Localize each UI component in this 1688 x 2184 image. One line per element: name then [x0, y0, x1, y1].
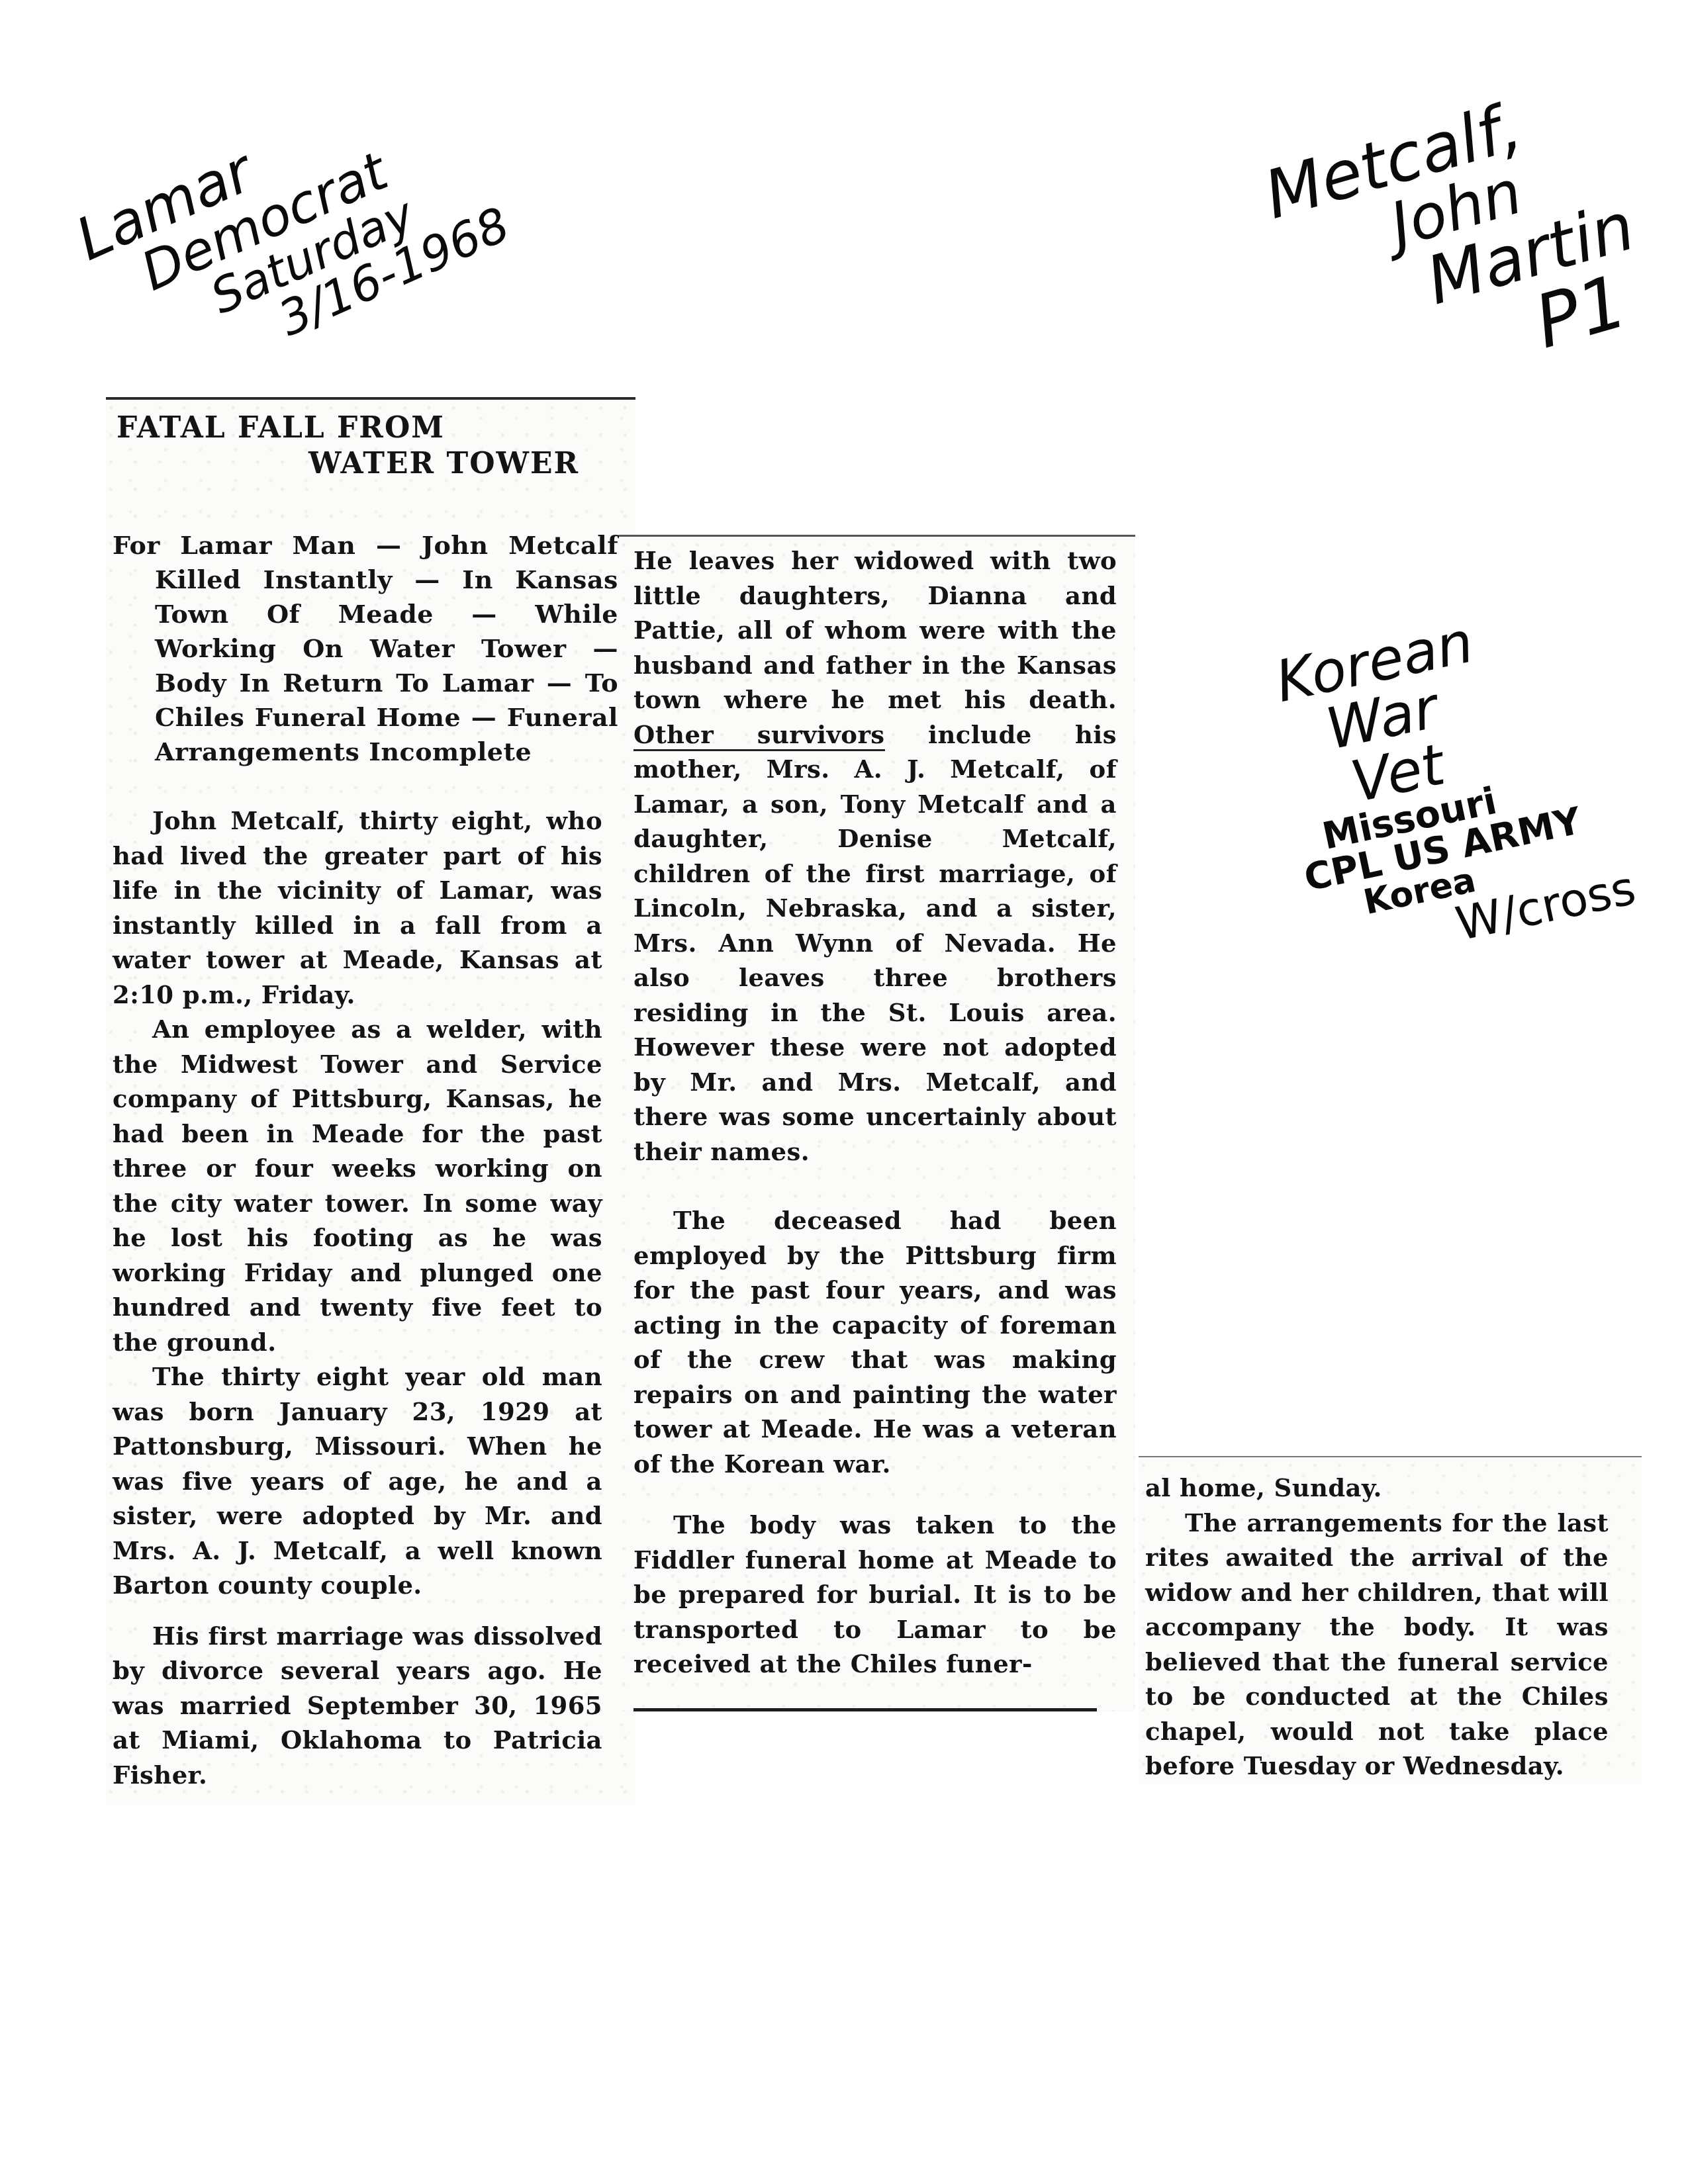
- paragraph-text: include his mother, Mrs. A. J. Metcalf, …: [633, 720, 1117, 1166]
- article-headline: FATAL FALL FROM WATER TOWER: [117, 410, 635, 482]
- paragraph-text: He leaves her widowed with two little da…: [633, 546, 1117, 714]
- column-2-body: He leaves her widowed with two little da…: [626, 543, 1117, 1682]
- underlined-text: Other survivors: [633, 720, 885, 751]
- handwritten-name-note: Metcalf, John Martin P1: [1258, 71, 1662, 421]
- handwritten-source-note: Lamar Democrat Saturday 3/16-1968: [68, 55, 516, 405]
- paragraph: He leaves her widowed with two little da…: [633, 543, 1117, 1169]
- headline-line-1: FATAL FALL FROM: [117, 410, 635, 446]
- handwritten-military-note: Korean War Vet Missouri CPL US ARMY Kore…: [1271, 591, 1639, 974]
- paragraph: The body was taken to the Fiddler funera…: [633, 1508, 1117, 1682]
- paragraph: The arrangements for the last rites awai…: [1145, 1506, 1609, 1784]
- paragraph: The thirty eight year old man was born J…: [113, 1359, 602, 1603]
- paragraph: An employee as a welder, with the Midwes…: [113, 1012, 602, 1359]
- paragraph: al home, Sunday.: [1145, 1471, 1609, 1506]
- column-3-body: al home, Sunday. The arrangements for th…: [1145, 1471, 1609, 1784]
- clipping-column-2: He leaves her widowed with two little da…: [619, 535, 1135, 1711]
- column-end-rule: [633, 1708, 1097, 1711]
- paragraph: John Metcalf, thirty eight, who had live…: [113, 803, 602, 1012]
- clipping-column-3: al home, Sunday. The arrangements for th…: [1139, 1456, 1642, 1784]
- paragraph: His first marriage was dissolved by divo…: [113, 1619, 602, 1793]
- paragraph: The deceased had been employed by the Pi…: [633, 1203, 1117, 1481]
- clipping-column-1: FATAL FALL FROM WATER TOWER For Lamar Ma…: [106, 397, 635, 1805]
- scanned-page: Lamar Democrat Saturday 3/16-1968 Metcal…: [0, 0, 1688, 2184]
- headline-line-2: WATER TOWER: [308, 446, 635, 482]
- column-1-body: John Metcalf, thirty eight, who had live…: [113, 803, 602, 1792]
- article-subheadline: For Lamar Man — John Metcalf Killed Inst…: [113, 528, 618, 769]
